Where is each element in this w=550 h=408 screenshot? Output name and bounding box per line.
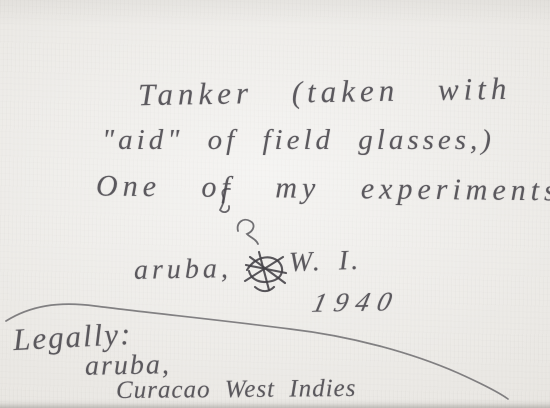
scribble-mark [245,252,286,291]
stray-mark-2-squiggle [238,220,258,244]
stray-mark-over-my [220,189,230,212]
pencil-marks-overlay [0,0,550,408]
photo-back-paper: Tanker (taken with "aid" of field glasse… [0,0,550,408]
pencil-curve-line [6,304,508,399]
